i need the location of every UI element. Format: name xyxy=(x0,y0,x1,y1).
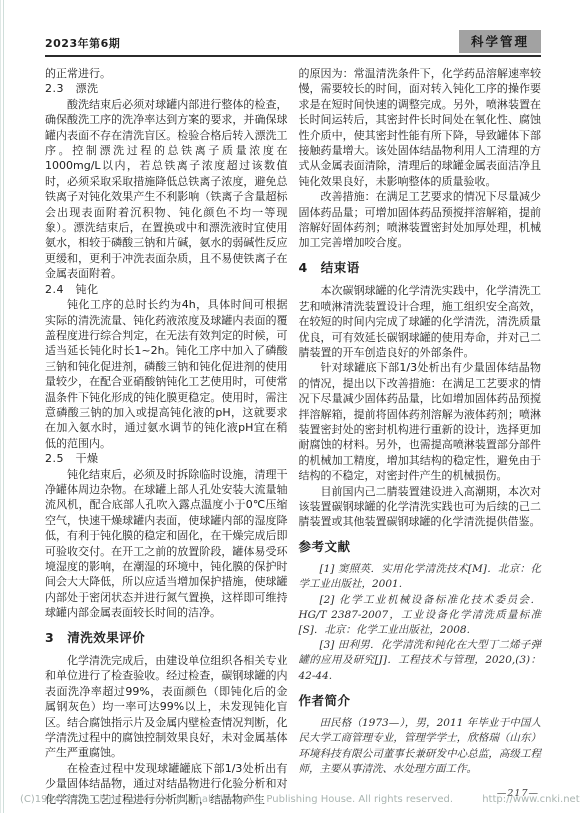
subsection-heading-2-5: 2.5 干燥 xyxy=(45,451,288,466)
scan-edge-line xyxy=(3,0,4,813)
references-heading: 参考文献 xyxy=(299,539,542,554)
reference-item-2: [2] 化学工业机械设备标准化技术委员会．HG/T 2387-2007，工业设备… xyxy=(299,593,542,639)
subsection-heading-2-3: 2.3 漂洗 xyxy=(45,81,288,96)
page-footer: (C)1994-2023 China Academic Journal Elec… xyxy=(20,794,570,805)
author-bio: 田民格（1973—），男，2011 年毕业于中国人民大学工商管理专业，管理学学士… xyxy=(299,716,542,777)
paragraph-continuation: 的正常进行。 xyxy=(45,66,288,81)
paragraph-conclusion-2: 针对球罐底下部1/3处析出有少量固体结晶物的情况，提出以下改善措施：在满足工艺要… xyxy=(299,360,542,483)
journal-page: 2023年第6期 科学管理 的正常进行。 2.3 漂洗 酸洗结束后必须对球罐内部… xyxy=(0,0,586,813)
section-heading-3: 3 清洗效果评价 xyxy=(45,630,288,645)
left-column: 的正常进行。 2.3 漂洗 酸洗结束后必须对球罐内部进行整体的检查，确保酸洗工序… xyxy=(45,66,288,807)
paragraph-passivation: 钝化工序的总时长约为4h，具体时间可根据实际的清洗流量、钝化药液浓度及球罐内表面… xyxy=(45,297,288,451)
paragraph-drying: 钝化结束后，必须及时拆除临时设施，清理干净罐体周边杂物。在球罐上部人孔处安装大流… xyxy=(45,467,288,621)
right-column: 的原因为：常温清洗条件下，化学药品溶解速率较慢，需要较长的时间，面对转入钝化工序… xyxy=(299,66,542,807)
journal-issue: 2023年第6期 xyxy=(45,35,120,53)
paragraph-conclusion-1: 本次碳钢球罐的化学清洗实践中，化学清洗工艺和喷淋清洗装置设计合理，施工组织安全高… xyxy=(299,283,542,360)
paragraph-continuation: 的原因为：常温清洗条件下，化学药品溶解速率较慢，需要较长的时间，面对转入钝化工序… xyxy=(299,66,542,189)
paragraph-rinsing: 酸洗结束后必须对球罐内部进行整体的检查，确保酸洗工序的洗净率达到方案的要求，并确… xyxy=(45,97,288,282)
page-header: 2023年第6期 科学管理 xyxy=(45,30,541,57)
section-tag: 科学管理 xyxy=(459,30,541,53)
author-bio-heading: 作者简介 xyxy=(299,693,542,708)
section-heading-4: 4 结束语 xyxy=(299,260,542,275)
cnki-url: http://www.cnki.net xyxy=(482,794,579,805)
copyright-notice: (C)1994-2023 China Academic Journal Elec… xyxy=(20,794,453,805)
article-body: 的正常进行。 2.3 漂洗 酸洗结束后必须对球罐内部进行整体的检查，确保酸洗工序… xyxy=(45,66,541,807)
paragraph-evaluation-1: 化学清洗完成后，由建设单位组织各相关专业和单位进行了检查验收。经过检查，碳钢球罐… xyxy=(45,653,288,761)
paragraph-improvement: 改善措施：在满足工艺要求的情况下尽量减少固体药品量；可增加固体药品预搅拌溶解箱，… xyxy=(299,189,542,251)
reference-item-1: [1] 窦照英．实用化学清洗技术[M]．北京：化学工业出版社，2001. xyxy=(299,562,542,592)
reference-item-3: [3] 田利男．化学清洗和钝化在大型丁二烯子弹罐的应用及研究[J]．工程技术与管… xyxy=(299,638,542,684)
paragraph-conclusion-3: 目前国内己二腈装置建设进入高潮期，本次对该装置碳钢球罐的化学清洗实践也可为后续的… xyxy=(299,484,542,530)
scan-edge-line xyxy=(0,0,1,813)
subsection-heading-2-4: 2.4 钝化 xyxy=(45,282,288,297)
